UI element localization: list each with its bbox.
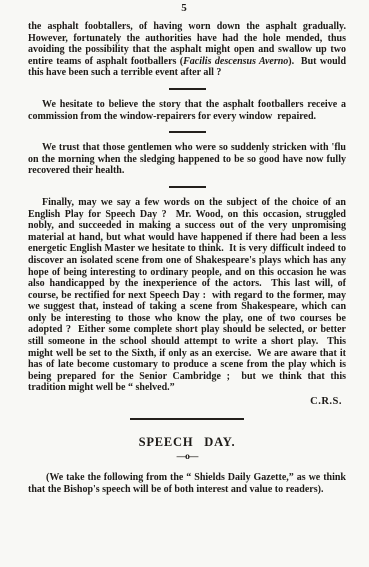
text-block: the asphalt foobtallers, of having worn … [28,21,346,495]
scanned-page: 5 the asphalt foobtallers, of having wor… [0,0,369,567]
paragraph-window-repairers: We hesitate to believe the story that th… [28,99,346,122]
paragraph-flu-sledging: We trust that those gentlemen who were s… [28,142,346,177]
paragraph-asphalt-footballers: the asphalt foobtallers, of having worn … [28,21,346,79]
paragraph-divider [169,186,206,188]
author-initials: C.R.S. [28,396,346,408]
paragraph-gazette-note: (We take the following from the “ Shield… [28,472,346,495]
article-end-rule [130,418,244,421]
page-number: 5 [0,0,369,15]
paragraph-divider [169,131,206,133]
section-heading-speech-day: SPEECH DAY. [28,435,346,449]
paragraph-english-play-choice: Finally, may we say a few words on the s… [28,197,346,394]
latin-phrase: Facilis descensus Averno [183,56,288,67]
heading-ornament: —o— [28,452,346,463]
paragraph-divider [169,88,206,90]
